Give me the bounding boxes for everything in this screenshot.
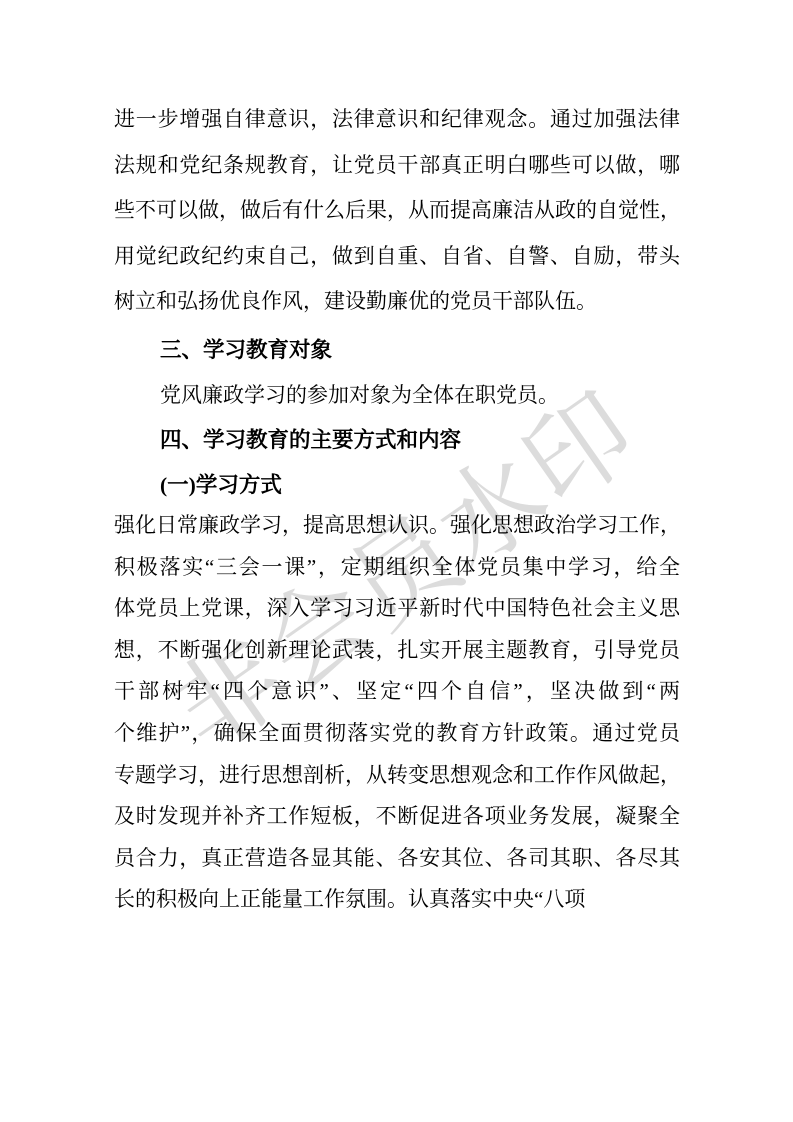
text-line: 体党员上党课，深入学习习近平新时代中国特色社会主义思 [114, 588, 680, 630]
text-line: 强化日常廉政学习，提高思想认识。强化思想政治学习工作， [114, 505, 680, 547]
text-line: 员合力，真正营造各显其能、各安其位、各司其职、各尽其 [114, 838, 680, 880]
text-line: 些不可以做，做后有什么后果，从而提高廉洁从政的自觉性， [114, 188, 680, 234]
text-line: 长的积极向上正能量工作氛围。认真落实中央“八项 [114, 879, 680, 921]
text-line: 党风廉政学习的参加对象为全体在职党员。 [114, 381, 680, 409]
document-page: 非会员水印 进一步增强自律意识，法律意识和纪律观念。通过加强法律 法规和党纪条规… [0, 0, 793, 1122]
paragraph-discipline-education: 进一步增强自律意识，法律意识和纪律观念。通过加强法律 法规和党纪条规教育，让党员… [114, 97, 680, 325]
paragraph-learning-method: 强化日常廉政学习，提高思想认识。强化思想政治学习工作， 积极落实“三会一课”，定… [114, 505, 680, 921]
text-line: 进一步增强自律意识，法律意识和纪律观念。通过加强法律 [114, 97, 680, 143]
text-line: 积极落实“三会一课”，定期组织全体党员集中学习，给全 [114, 547, 680, 589]
heading-section-three: 三、学习教育对象 [114, 336, 680, 364]
text-line: 法规和党纪条规教育，让党员干部真正明白哪些可以做，哪 [114, 143, 680, 189]
heading-subsection-one: (一)学习方式 [114, 471, 680, 499]
text-line: 及时发现并补齐工作短板，不断促进各项业务发展，凝聚全 [114, 796, 680, 838]
text-line: 树立和弘扬优良作风，建设勤廉优的党员干部队伍。 [114, 279, 680, 325]
text-line: 想，不断强化创新理论武装，扎实开展主题教育，引导党员 [114, 630, 680, 672]
heading-section-four: 四、学习教育的主要方式和内容 [114, 426, 680, 454]
text-line: 用觉纪政纪约束自己，做到自重、自省、自警、自励，带头 [114, 234, 680, 280]
text-line: 专题学习，进行思想剖析，从转变思想观念和工作作风做起， [114, 755, 680, 797]
text-line: 干部树牢“四个意识”、坚定“四个自信”，坚决做到“两 [114, 671, 680, 713]
document-content: 进一步增强自律意识，法律意识和纪律观念。通过加强法律 法规和党纪条规教育，让党员… [0, 0, 793, 1122]
text-line: 个维护”，确保全面贯彻落实党的教育方针政策。通过党员 [114, 713, 680, 755]
paragraph-education-target: 党风廉政学习的参加对象为全体在职党员。 [114, 381, 680, 409]
